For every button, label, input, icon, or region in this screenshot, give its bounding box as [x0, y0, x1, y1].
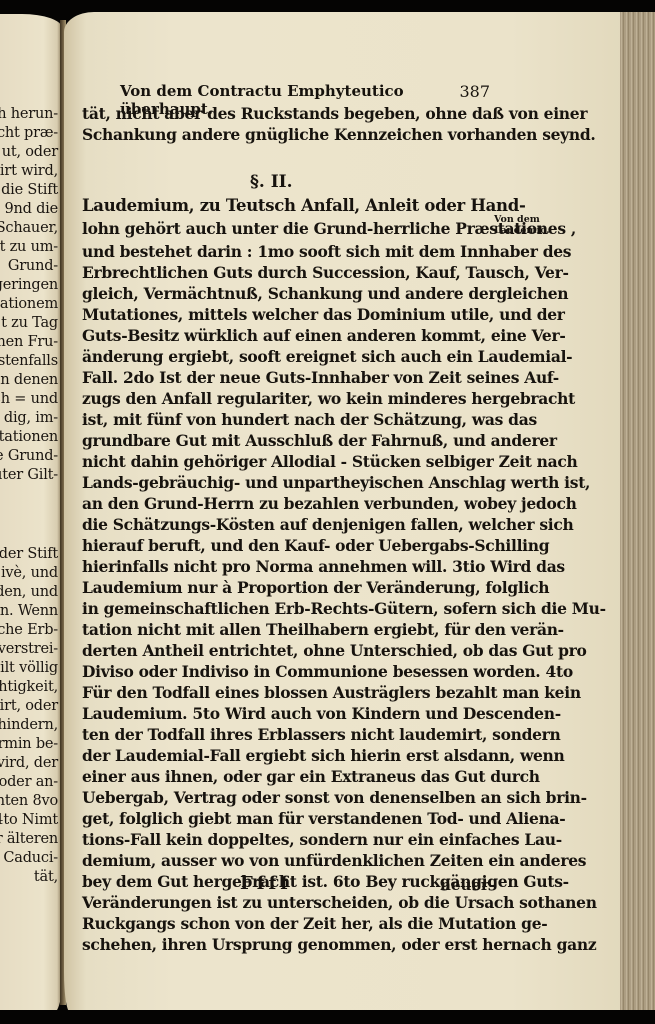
left-page-line: dig, im-	[4, 410, 58, 426]
left-page-line: st zu um-	[0, 239, 58, 255]
text-line: Guts-Besitz würklich auf einen anderen k…	[82, 326, 490, 345]
left-page-line: ut, oder	[2, 144, 58, 160]
left-page-line: uter Gilt-	[0, 467, 58, 483]
text-line: der Laudemial-Fall ergiebt sich hierin e…	[82, 746, 490, 765]
text-line: einer aus ihnen, oder gar ein Extraneus …	[82, 767, 490, 786]
text-line: Schankung andere gnügliche Kennzeichen v…	[82, 125, 490, 144]
text-line: nicht dahin gehöriger Allodial - Stücken…	[82, 452, 490, 471]
text-line: Erbrechtlichen Guts durch Succession, Ka…	[82, 263, 490, 282]
text-line: änderung ergiebt, sooft ereignet sich au…	[82, 347, 490, 366]
text-line: grundbare Gut mit Ausschluß der Fahrnuß,…	[82, 431, 490, 450]
text-line: tät, nicht aber des Ruckstands begeben, …	[82, 104, 490, 123]
catchword: neuer-	[440, 876, 495, 894]
left-page-line: stirt, oder	[0, 698, 58, 714]
signature-mark: Ffff	[240, 873, 292, 894]
text-line: ist, mit fünf von hundert nach der Schät…	[82, 410, 490, 429]
left-page-line: r Caduci-	[0, 850, 58, 866]
left-page-line: n. Wenn	[0, 603, 58, 619]
left-page-line: irt wird,	[0, 163, 58, 179]
left-page-line: iche Erb-	[0, 622, 58, 638]
text-line: hierinfalls nicht pro Norma annehmen wil…	[82, 557, 490, 576]
left-page-line: h herun-	[0, 106, 58, 122]
text-line: in gemeinschaftlichen Erb-Rechts-Gütern,…	[82, 599, 490, 618]
text-line: Laudemium. 5to Wird auch von Kindern und…	[82, 704, 490, 723]
left-page-line: e Grund-	[0, 448, 58, 464]
text-line: lohn gehört auch unter die Grund-herrlic…	[82, 219, 490, 238]
text-line: Laudemium nur à Proportion der Veränderu…	[82, 578, 490, 597]
left-page-line: 4to Nimt	[0, 812, 58, 828]
background-shadow	[0, 1010, 655, 1024]
text-line: Uebergab, Vertrag oder sonst von denense…	[82, 788, 490, 807]
left-page-line: Grund-	[8, 258, 58, 274]
text-line: demium, ausser wo von unfürdenklichen Ze…	[82, 851, 490, 870]
text-line: derten Antheil entrichtet, ohne Untersch…	[82, 641, 490, 660]
left-page-line: ich = und	[0, 391, 58, 407]
left-page-line: die Stift	[1, 182, 58, 198]
left-page-line: verstrei-	[0, 641, 58, 657]
text-line: Ruckgangs schon von der Zeit her, als di…	[82, 914, 490, 933]
text-line: Veränderungen ist zu unterscheiden, ob d…	[82, 893, 490, 912]
left-page: h herun-cht præ-ut, oderirt wird,die Sti…	[0, 14, 62, 1014]
text-line: Für den Todfall eines blossen Austrägler…	[82, 683, 490, 702]
left-page-line: tät,	[34, 869, 58, 885]
text-line: an den Grund-Herrn zu bezahlen verbunden…	[82, 494, 490, 513]
text-line: Diviso oder Indiviso in Communione beses…	[82, 662, 490, 681]
section-heading: §. II.	[250, 172, 293, 192]
left-page-line: unten 8vo	[0, 793, 58, 809]
text-line: Mutationes, mittels welcher das Dominium…	[82, 305, 490, 324]
left-page-line: geringen	[0, 277, 58, 293]
left-page-line: rstenfalls	[0, 353, 58, 369]
text-line: hierauf beruft, und den Kauf- oder Ueber…	[82, 536, 490, 555]
left-page-line: hilt völlig	[0, 660, 58, 676]
text-line: Laudemium, zu Teutsch Anfall, Anleit ode…	[82, 196, 490, 215]
left-page-line: ermin be-	[0, 736, 58, 752]
left-page-line: hindern,	[0, 717, 58, 733]
text-line: die Schätzungs-Kösten auf denjenigen fal…	[82, 515, 490, 534]
left-page-line: der Stift	[0, 546, 58, 562]
left-page-line: nen Fru-	[0, 334, 58, 350]
text-line: tation nicht mit allen Theilhabern ergie…	[82, 620, 490, 639]
text-line: zugs den Anfall regulariter, wo kein min…	[82, 389, 490, 408]
text-line: get, folglich giebt man für verstandenen…	[82, 809, 490, 828]
text-line: schehen, ihren Ursprung genommen, oder e…	[82, 935, 490, 954]
left-page-line: ationem	[0, 296, 58, 312]
left-page-line: l 9nd die	[0, 201, 58, 217]
left-page-line: cht præ-	[0, 125, 58, 141]
text-line: ten der Todfall ihres Erblassers nicht l…	[82, 725, 490, 744]
text-line: gleich, Vermächtnuß, Schankung und ander…	[82, 284, 490, 303]
left-page-line: stationen	[0, 429, 58, 445]
text-line: Lands-gebräuchig- und unpartheyischen An…	[82, 473, 490, 492]
text-line: Fall. 2do Ist der neue Guts-Innhaber von…	[82, 368, 490, 387]
left-page-line: t zu Tag	[1, 315, 58, 331]
left-page-line: vird, der	[0, 755, 58, 771]
text-line: und bestehet darin : 1mo sooft sich mit …	[82, 242, 490, 261]
left-page-line: ivè, und	[1, 565, 58, 581]
left-page-line: Schauer,	[0, 220, 58, 236]
text-line: tions-Fall kein doppeltes, sondern nur e…	[82, 830, 490, 849]
left-page-line: er älteren	[0, 831, 58, 847]
left-page-line: erden, und	[0, 584, 58, 600]
left-page-line: t, oder an-	[0, 774, 58, 790]
left-page-line: chtigkeit,	[0, 679, 58, 695]
left-page-line: in denen	[0, 372, 58, 388]
page-edges	[620, 12, 655, 1014]
